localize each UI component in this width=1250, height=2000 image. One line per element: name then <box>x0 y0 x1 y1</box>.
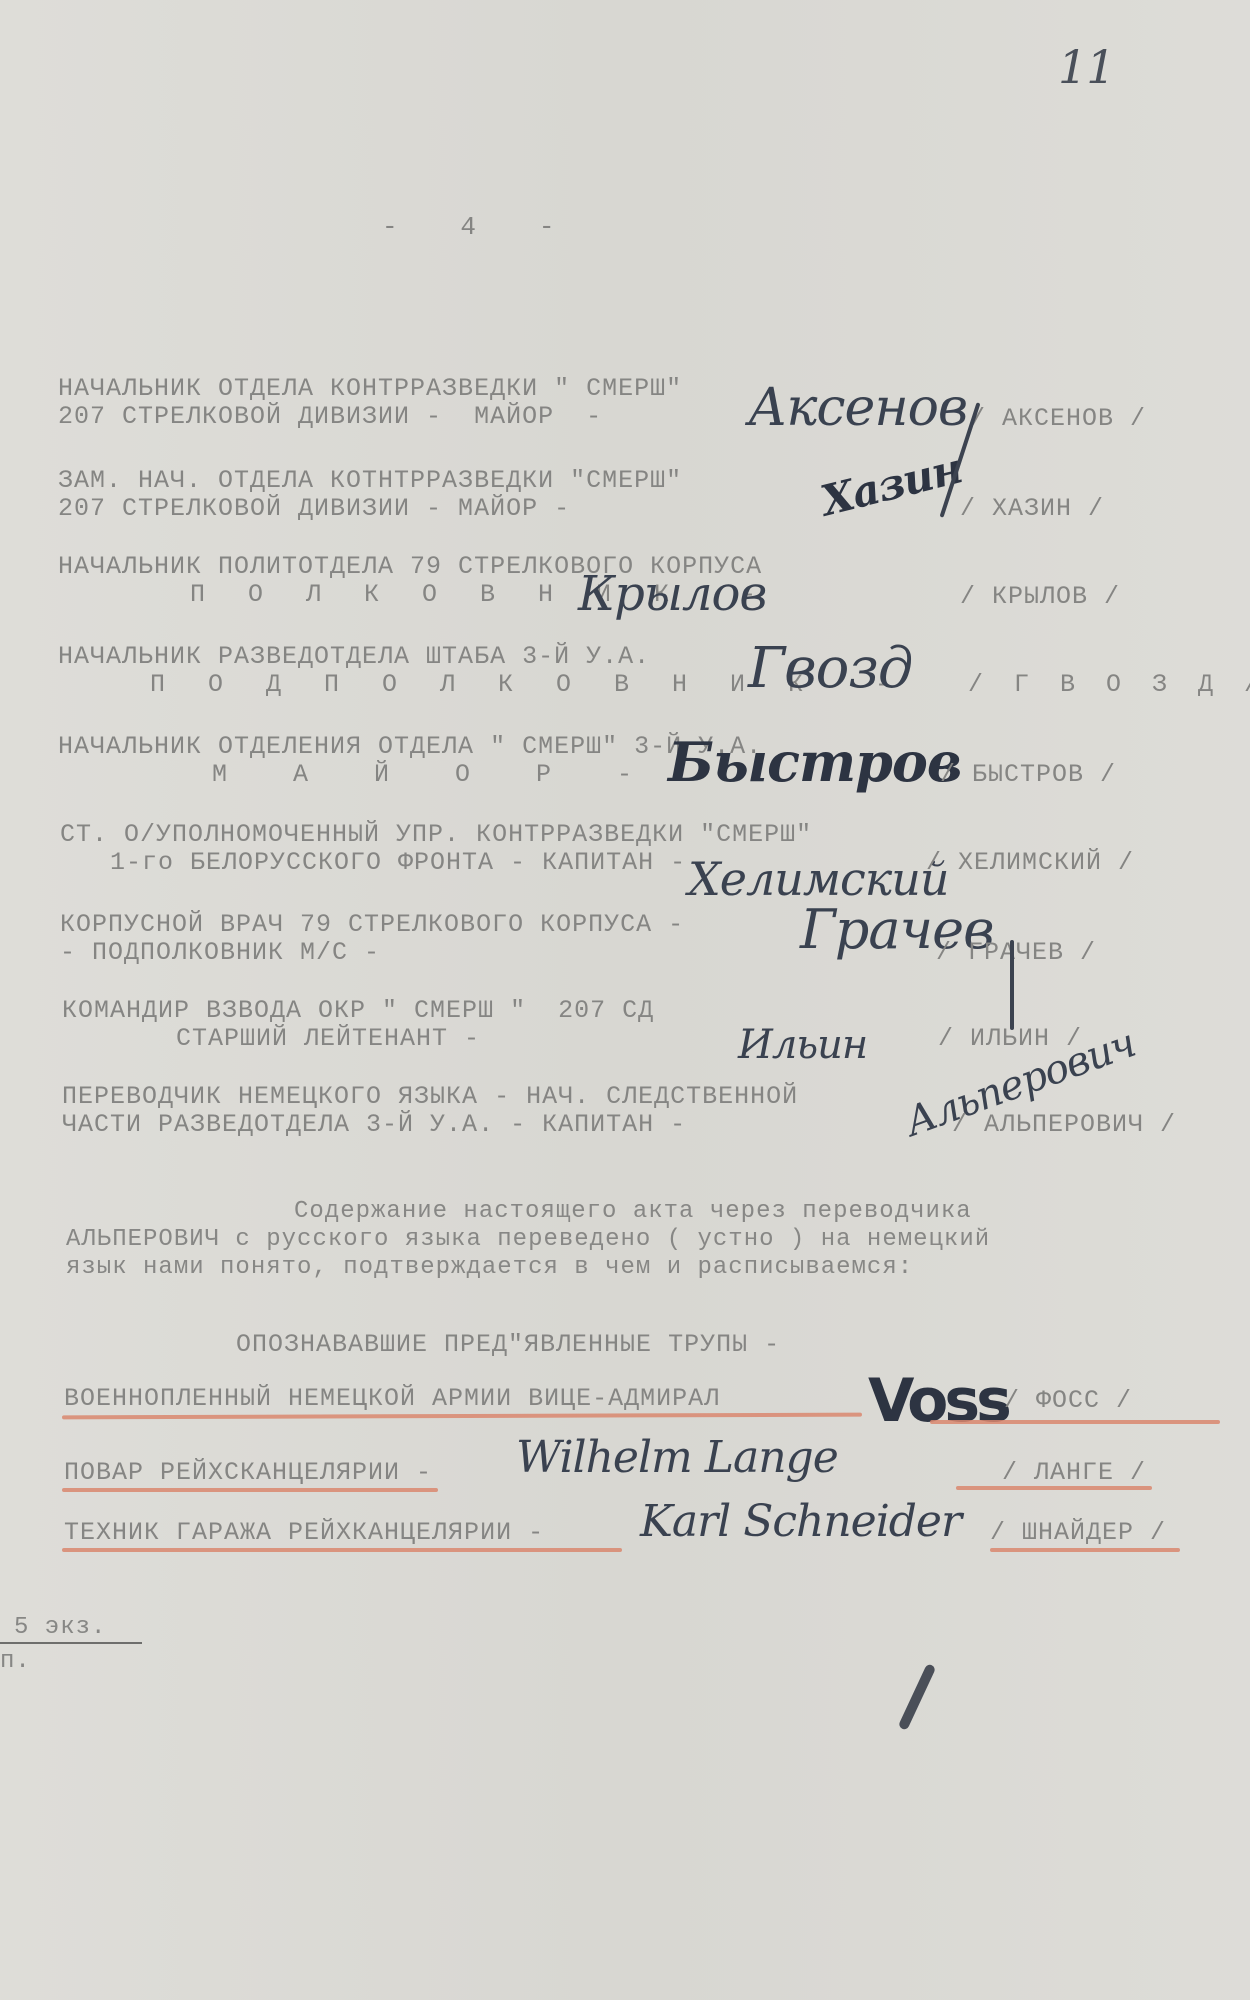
signature: Karl Schneider <box>640 1496 961 1547</box>
red-underline <box>930 1420 1220 1424</box>
signature: Ильин <box>738 1022 867 1068</box>
signatory-title-line1: ПЕРЕВОДЧИК НЕМЕЦКОГО ЯЗЫКА - НАЧ. СЛЕДСТ… <box>62 1082 798 1111</box>
pen-stroke <box>1010 940 1014 1030</box>
signature: Voss <box>868 1366 1008 1436</box>
signatory-name: / ГРАЧЕВ / <box>936 938 1096 967</box>
statement-line: Содержание настоящего акта через перевод… <box>294 1198 972 1225</box>
signature: Крылов <box>578 566 766 622</box>
identifier-name: / ФОСС / <box>1004 1386 1132 1415</box>
signatory-title-line2: 207 СТРЕЛКОВОЙ ДИВИЗИИ - МАЙОР - <box>58 494 570 523</box>
signatory-title-line2: - ПОДПОЛКОВНИК М/С - <box>60 938 380 967</box>
signatory-title-line1: НАЧАЛЬНИК ОТДЕЛЕНИЯ ОТДЕЛА " СМЕРШ" 3-Й … <box>58 732 762 761</box>
signatory-title-line1: НАЧАЛЬНИК ОТДЕЛА КОНТРРАЗВЕДКИ " СМЕРШ" <box>58 374 682 403</box>
signatory-title-line2: 207 СТРЕЛКОВОЙ ДИВИЗИИ - МАЙОР - <box>58 402 602 431</box>
signature: Аксенов <box>748 378 967 438</box>
signatory-title-line2: СТАРШИЙ ЛЕЙТЕНАНТ - <box>176 1024 480 1053</box>
signatory-title-line2: М А Й О Р - <box>212 760 644 789</box>
page-number: - 4 - <box>382 212 558 242</box>
signatory-name: / Г В О З Д / <box>968 670 1250 699</box>
red-underline <box>62 1413 862 1420</box>
signature: Быстров <box>668 730 961 794</box>
identifier-name: / ШНАЙДЕР / <box>990 1518 1166 1547</box>
copies-underline <box>0 1642 142 1644</box>
identifiers-heading: ОПОЗНАВАВШИЕ ПРЕД"ЯВЛЕННЫЕ ТРУПЫ - <box>236 1330 780 1359</box>
red-underline <box>990 1548 1180 1552</box>
copies-note: 5 экз. <box>14 1614 106 1641</box>
signatory-title-line1: КОРПУСНОЙ ВРАЧ 79 СТРЕЛКОВОГО КОРПУСА - <box>60 910 684 939</box>
footer-line2: п. <box>0 1648 31 1675</box>
identifier-name: / ЛАНГЕ / <box>1002 1458 1146 1487</box>
signatory-title-line1: НАЧАЛЬНИК РАЗВЕДОТДЕЛА ШТАБА 3-Й У.А. <box>58 642 650 671</box>
signatory-name: / БЫСТРОВ / <box>940 760 1116 789</box>
red-underline <box>956 1486 1152 1490</box>
red-underline <box>62 1488 438 1492</box>
signatory-title-line1: СТ. О/УПОЛНОМОЧЕННЫЙ УПР. КОНТРРАЗВЕДКИ … <box>60 820 812 849</box>
signatory-title-line2: 1-го БЕЛОРУССКОГО ФРОНТА - КАПИТАН - <box>110 848 686 877</box>
signature: Wilhelm Lange <box>516 1432 838 1483</box>
signatory-title-line1: КОМАНДИР ВЗВОДА ОКР " СМЕРШ " 207 СД <box>62 996 654 1025</box>
statement-line: АЛЬПЕРОВИЧ с русского языка переведено (… <box>66 1226 990 1253</box>
statement-line: язык нами понято, подтверждается в чем и… <box>66 1254 913 1281</box>
signature: Гвозд <box>748 636 912 701</box>
signatory-name: / АКСЕНОВ / <box>970 404 1146 433</box>
signatory-title-line1: ЗАМ. НАЧ. ОТДЕЛА КОТНТРРАЗВЕДКИ "СМЕРШ" <box>58 466 682 495</box>
identifier-title: ПОВАР РЕЙХСКАНЦЕЛЯРИИ - <box>64 1458 432 1487</box>
ink-blot <box>898 1663 937 1731</box>
signatory-name: / ХАЗИН / <box>960 494 1104 523</box>
identifier-title: ТЕХНИК ГАРАЖА РЕЙХКАНЦЕЛЯРИИ - <box>64 1518 544 1547</box>
identifier-title: ВОЕННОПЛЕННЫЙ НЕМЕЦКОЙ АРМИИ ВИЦЕ-АДМИРА… <box>64 1384 720 1413</box>
signatory-name: / АЛЬПЕРОВИЧ / <box>952 1110 1176 1139</box>
document-page: 11 - 4 - НАЧАЛЬНИК ОТДЕЛА КОНТРРАЗВЕДКИ … <box>0 0 1250 2000</box>
signatory-title-line2: ЧАСТИ РАЗВЕДОТДЕЛА 3-Й У.А. - КАПИТАН - <box>62 1110 686 1139</box>
signatory-name: / КРЫЛОВ / <box>960 582 1120 611</box>
signatory-name: / ХЕЛИМСКИЙ / <box>926 848 1134 877</box>
folio-number: 11 <box>1058 40 1115 94</box>
red-underline <box>62 1548 622 1552</box>
